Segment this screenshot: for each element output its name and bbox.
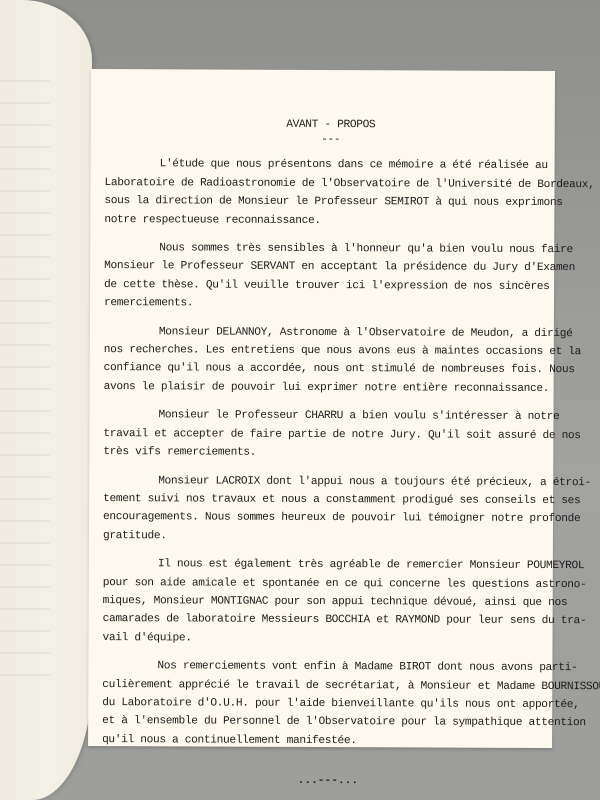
text-line: nos recherches. Les entretiens que nous … <box>104 341 544 361</box>
paragraph: Monsieur DELANNOY, Astronome à l'Observa… <box>104 323 544 399</box>
text-line: Il nous est également très agréable de r… <box>103 555 543 575</box>
text-line: pour son aide amicale et spontanée en ce… <box>103 574 543 594</box>
text-line: Laboratoire de Radioastronomie de l'Obse… <box>104 174 544 194</box>
text-line: culièrement apprécié le travail de secré… <box>102 676 542 696</box>
text-line: encouragements. Nous sommes heureux de p… <box>103 508 543 528</box>
page-title: AVANT - PROPOS <box>117 115 545 135</box>
left-page-curl <box>0 0 92 800</box>
text-line: miques, Monsieur MONTIGNAC pour son appu… <box>103 592 543 612</box>
paragraph: Monsieur LACROIX dont l'appui nous a tou… <box>103 472 543 548</box>
paragraph: Monsieur le Professeur CHARRU a bien vou… <box>103 406 543 463</box>
title-underline: --- <box>117 134 545 148</box>
paragraphs: L'étude que nous présentons dans ce mémo… <box>102 155 545 751</box>
text-line: L'étude que nous présentons dans ce mémo… <box>105 155 545 175</box>
text-line: avons le plaisir de pouvoir lui exprimer… <box>104 378 544 398</box>
paragraph: Il nous est également très agréable de r… <box>102 555 542 649</box>
text-line: travail et accepter de faire partie de n… <box>103 425 543 445</box>
show-through-text <box>0 80 50 680</box>
end-mark: ...---... <box>114 771 542 791</box>
text-line: Monsieur LACROIX dont l'appui nous a tou… <box>103 472 543 492</box>
text-line: Monsieur DELANNOY, Astronome à l'Observa… <box>104 323 544 343</box>
text-line: tement suivi nos travaux et nous a const… <box>103 490 543 510</box>
text-line: remerciements. <box>104 294 544 314</box>
text-line: gratitude. <box>103 527 543 547</box>
paragraph: Nous sommes très sensibles à l'honneur q… <box>104 239 544 315</box>
document-page: AVANT - PROPOS --- L'étude que nous prés… <box>88 69 555 748</box>
text-line: Nous sommes très sensibles à l'honneur q… <box>104 239 544 259</box>
text-line: Nos remerciements vont enfin à Madame BI… <box>102 657 542 677</box>
paragraph: L'étude que nous présentons dans ce mémo… <box>104 155 544 231</box>
text-line: du Laboratoire d'O.U.H. pour l'aide bien… <box>102 694 542 714</box>
text-line: de cette thèse. Qu'il veuille trouver ic… <box>104 276 544 296</box>
page-content: AVANT - PROPOS --- L'étude que nous prés… <box>102 115 545 792</box>
text-line: et à l'ensemble du Personnel de l'Observ… <box>102 712 542 732</box>
paragraph: Nos remerciements vont enfin à Madame BI… <box>102 657 542 751</box>
text-line: très vifs remerciements. <box>103 443 543 463</box>
text-line: vail d'équipe. <box>102 629 542 649</box>
text-line: camarades de laboratoire Messieurs BOCCH… <box>103 610 543 630</box>
text-line: confiance qu'il nous a accordée, nous on… <box>104 360 544 380</box>
text-line: Monsieur le Professeur CHARRU a bien vou… <box>103 406 543 426</box>
text-line: sous la direction de Monsieur le Profess… <box>104 192 544 212</box>
text-line: qu'il nous a continuellement manifestée. <box>102 731 542 751</box>
text-line: Monsieur le Professeur SERVANT en accept… <box>104 257 544 277</box>
text-line: notre respectueuse reconnaissance. <box>104 211 544 231</box>
